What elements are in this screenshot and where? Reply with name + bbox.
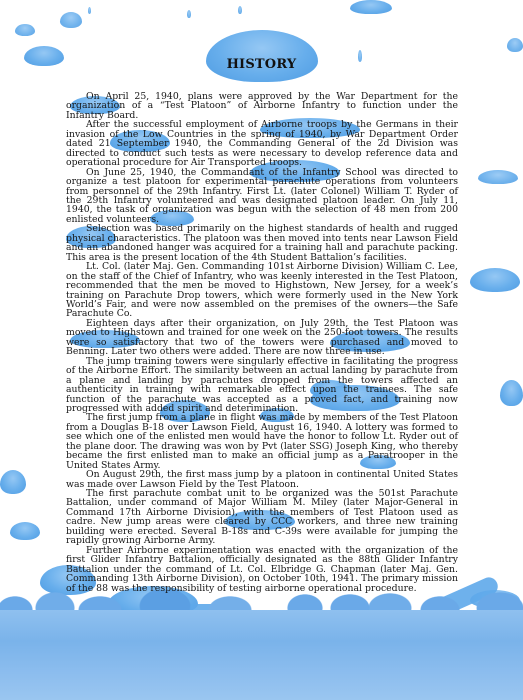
document-body: On April 25, 1940, plans were approved b… bbox=[66, 92, 458, 593]
page-title: HISTORY bbox=[0, 57, 523, 72]
paragraph: Eighteen days after their organization, … bbox=[66, 319, 458, 357]
document-page: HISTORY On April 25, 1940, plans were ap… bbox=[0, 0, 523, 700]
paragraph: The first parachute combat unit to be or… bbox=[66, 489, 458, 546]
paragraph: On August 29th, the first mass jump by a… bbox=[66, 470, 458, 489]
paragraph: Selection was based primarily on the hig… bbox=[66, 224, 458, 262]
paragraph: The jump training towers were singularly… bbox=[66, 357, 458, 414]
paragraph: On June 25, 1940, the Commandant of the … bbox=[66, 168, 458, 225]
paragraph: Further Airborne experimentation was ena… bbox=[66, 546, 458, 593]
paragraph: On April 25, 1940, plans were approved b… bbox=[66, 92, 458, 120]
paragraph: Lt. Col. (later Maj. Gen. Commanding 101… bbox=[66, 262, 458, 319]
paragraph: The first jump from a plane in flight wa… bbox=[66, 413, 458, 470]
paragraph: After the successful employment of Airbo… bbox=[66, 120, 458, 167]
